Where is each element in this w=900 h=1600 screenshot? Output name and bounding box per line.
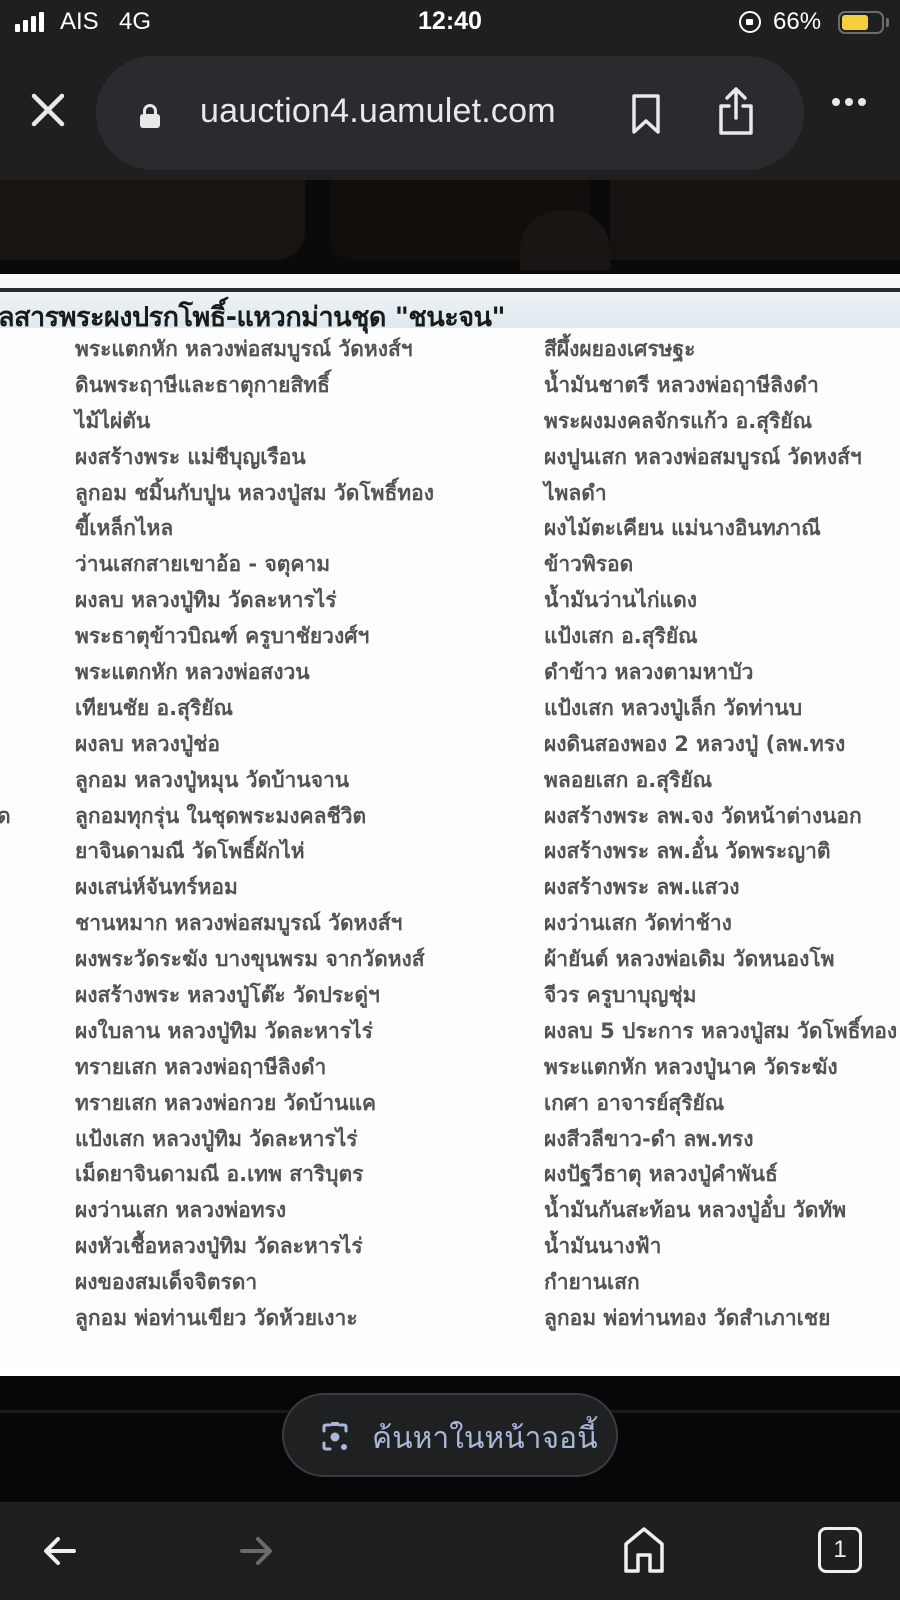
edge-fragment: ด [0, 799, 57, 835]
list-item: ผงลบ 5 ประการ หลวงปู่สม วัดโพธิ์ทอง [544, 1014, 900, 1050]
list-item: ดำข้าว หลวงตามหาบัว [544, 655, 900, 691]
right-column-list: สีผึ้งผยองเศรษฐะ น้ำมันชาตรี หลวงพ่อฤาษี… [544, 332, 900, 1337]
list-item: ไม้ไผ่ตัน [75, 404, 530, 440]
list-item: เทียนชัย อ.สุริยัณ [75, 691, 530, 727]
list-header: ลสารพระผงปรกโพธิ์-แหวกม่านชุด "ชนะจน" [0, 292, 900, 328]
list-item: พระแตกหัก หลวงพ่อสมบูรณ์ วัดหงส์ฯ [75, 332, 530, 368]
list-item: น้ำมันว่านไก่แดง [544, 583, 900, 619]
list-item: พระผงมงคลจักรแก้ว อ.สุริยัณ [544, 404, 900, 440]
battery-percent: 66% [773, 8, 821, 36]
orientation-lock-icon [739, 11, 761, 33]
amulet-ingredients-list-image: ลสารพระผงปรกโพธิ์-แหวกม่านชุด "ชนะจน" ด [0, 288, 900, 1368]
list-item: ผงปัฐวีธาตุ หลวงปู่คำพันธ์ [544, 1157, 900, 1193]
list-item: ทรายเสก หลวงพ่อกวย วัดบ้านแค [75, 1086, 530, 1122]
dark-photo-banner [0, 180, 900, 274]
list-item: ดินพระฤาษีและธาตุกายสิทธิ์ [75, 368, 530, 404]
forward-arrow-icon[interactable] [236, 1531, 276, 1571]
more-horizontal-icon [832, 98, 840, 106]
list-item: ผงพระวัดระฆัง บางขุนพรม จากวัดหงส์ [75, 942, 530, 978]
list-item: พระแตกหัก หลวงพ่อสงวน [75, 655, 530, 691]
bottom-toolbar: 1 [0, 1503, 900, 1600]
back-arrow-icon[interactable] [40, 1531, 80, 1571]
list-item: ลูกอม หลวงปู่หมุน วัดบ้านจาน [75, 763, 530, 799]
list-item: ขี้เหล็กไหล [75, 511, 530, 547]
list-item: พระธาตุข้าวบิณฑ์ ครูบาชัยวงศ์ฯ [75, 619, 530, 655]
list-item: ลูกอมทุกรุ่น ในชุดพระมงคลชีวิต [75, 799, 530, 835]
list-item: เกศา อาจารย์สุริยัณ [544, 1086, 900, 1122]
list-item: ชานหมาก หลวงพ่อสมบูรณ์ วัดหงส์ฯ [75, 906, 530, 942]
list-item: ผงไม้ตะเคียน แม่นางอินทภาณี [544, 511, 900, 547]
list-item: ผงดินสองพอง 2 หลวงปู่ (ลพ.ทรง [544, 727, 900, 763]
battery-tip [886, 18, 889, 27]
bookmark-icon[interactable] [631, 94, 661, 134]
share-icon[interactable] [716, 86, 756, 136]
list-item: ลูกอม พ่อท่านเขียว วัดห้วยเงาะ [75, 1301, 530, 1337]
status-bar: AIS 4G 12:40 66% [0, 0, 900, 46]
lock-icon [140, 104, 160, 128]
list-item: สีผึ้งผยองเศรษฐะ [544, 332, 900, 368]
list-item: ไพลดำ [544, 476, 900, 512]
url-text[interactable]: uauction4.uamulet.com [200, 92, 556, 131]
list-item: จีวร ครูบาบุญชุ่ม [544, 978, 900, 1014]
search-screen-label: ค้นหาในหน้าจอนี้ [372, 1415, 598, 1462]
clock: 12:40 [0, 7, 900, 36]
list-item: ผงปูนเสก หลวงพ่อสมบูรณ์ วัดหงส์ฯ [544, 440, 900, 476]
list-item: น้ำมันนางฟ้า [544, 1229, 900, 1265]
list-item: ผงลบ หลวงปู่ทิม วัดละหารไร่ [75, 583, 530, 619]
list-item: ผ้ายันต์ หลวงพ่อเดิม วัดหนองโพ [544, 942, 900, 978]
list-item: ผงลบ หลวงปู่ช่อ [75, 727, 530, 763]
list-item: กำยานเสก [544, 1265, 900, 1301]
list-item: ว่านเสกสายเขาอ้อ - จตุคาม [75, 547, 530, 583]
more-options-button[interactable] [832, 98, 866, 106]
list-item: ผงใบลาน หลวงปู่ทิม วัดละหารไร่ [75, 1014, 530, 1050]
list-item: ข้าวพิรอด [544, 547, 900, 583]
list-item: ผงสร้างพระ ลพ.แสวง [544, 870, 900, 906]
list-item: เม็ดยาจินดามณี อ.เทพ สาริบุตร [75, 1157, 530, 1193]
close-button[interactable] [28, 90, 68, 130]
lens-camera-icon [320, 1421, 350, 1453]
list-item: แป้งเสก หลวงปู่ทิม วัดละหารไร่ [75, 1122, 530, 1158]
list-item: ลูกอม ชมิ้นกับปูน หลวงปู่สม วัดโพธิ์ทอง [75, 476, 530, 512]
list-item: แป้งเสก หลวงปู่เล็ก วัดท่านบ [544, 691, 900, 727]
list-item: ผงว่านเสก หลวงพ่อทรง [75, 1193, 530, 1229]
list-item: ผงสร้างพระ ลพ.จง วัดหน้าต่างนอก [544, 799, 900, 835]
search-screen-button[interactable]: ค้นหาในหน้าจอนี้ [282, 1393, 618, 1477]
browser-toolbar: uauction4.uamulet.com [0, 46, 900, 180]
battery-icon [838, 11, 884, 34]
list-item: พระแตกหัก หลวงปู่นาค วัดระฆัง [544, 1050, 900, 1086]
left-edge-column: ด [0, 332, 57, 1157]
list-item: ผงว่านเสก วัดท่าช้าง [544, 906, 900, 942]
list-item: แป้งเสก อ.สุริยัณ [544, 619, 900, 655]
list-item: ผงสร้างพระ หลวงปู่โต๊ะ วัดประดู่ฯ [75, 978, 530, 1014]
web-page-content[interactable]: ลสารพระผงปรกโพธิ์-แหวกม่านชุด "ชนะจน" ด [0, 180, 900, 1502]
edge-fragment [0, 1122, 57, 1158]
list-item: ผงหัวเชื้อหลวงปู่ทิม วัดละหารไร่ [75, 1229, 530, 1265]
list-item: พลอยเสก อ.สุริยัณ [544, 763, 900, 799]
home-icon[interactable] [623, 1527, 665, 1573]
close-icon [28, 90, 68, 130]
list-item: ผงสร้างพระ แม่ชีบุญเรือน [75, 440, 530, 476]
list-item: ทรายเสก หลวงพ่อฤาษีลิงดำ [75, 1050, 530, 1086]
list-item: น้ำมันกันสะท้อน หลวงปู่อั๋บ วัดทัพ [544, 1193, 900, 1229]
list-item: ยาจินดามณี วัดโพธิ์ผักไห่ [75, 834, 530, 870]
address-bar[interactable]: uauction4.uamulet.com [96, 56, 804, 170]
tab-count: 1 [833, 1536, 846, 1563]
list-item: ผงสร้างพระ ลพ.อั๋น วัดพระญาติ [544, 834, 900, 870]
list-item: ผงของสมเด็จจิตรดา [75, 1265, 530, 1301]
list-item: น้ำมันชาตรี หลวงพ่อฤาษีลิงดำ [544, 368, 900, 404]
tabs-button[interactable]: 1 [818, 1527, 862, 1573]
list-item: ลูกอม พ่อท่านทอง วัดสำเภาเชย [544, 1301, 900, 1337]
list-item: ผงเสน่ห์จันทร์หอม [75, 870, 530, 906]
list-item: ผงสีวลีขาว-ดำ ลพ.ทรง [544, 1122, 900, 1158]
left-column-list: พระแตกหัก หลวงพ่อสมบูรณ์ วัดหงส์ฯ ดินพระ… [75, 332, 530, 1337]
